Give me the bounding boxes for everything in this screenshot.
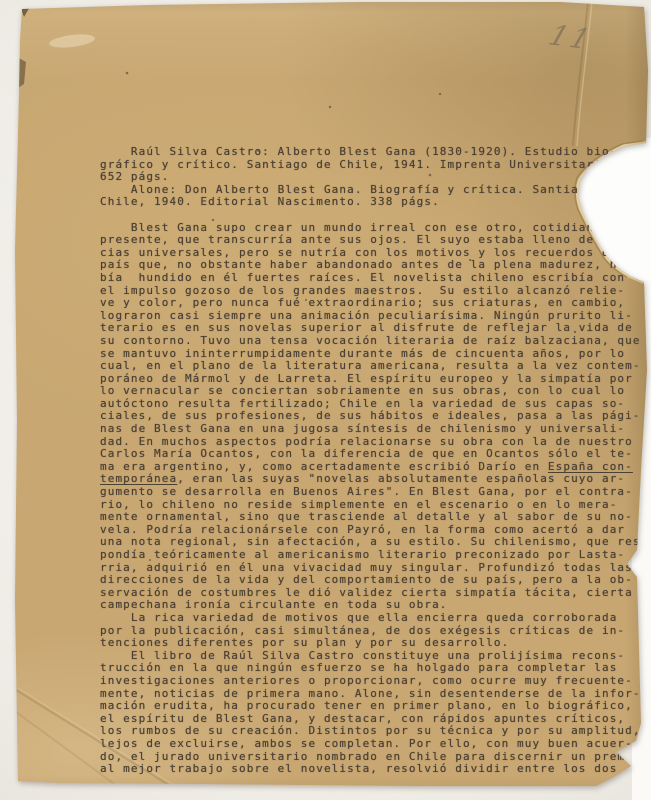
- underlined-text-run: España con-: [548, 460, 633, 473]
- text-run: lo vernacular se conciertan sobriamente …: [100, 384, 625, 397]
- text-run: gráfico y crítico. Santiago de Chile, 19…: [100, 158, 610, 171]
- text-run: poráneo de Mármol y de Larreta. El espír…: [100, 372, 633, 385]
- text-run: al mejor trabajo sobre el novelista, res…: [100, 762, 617, 775]
- text-run: pondía teóricamente al americanismo lite…: [100, 548, 625, 561]
- text-run: ma era argentino, y, como acertadamente …: [100, 460, 548, 473]
- text-run: mación erudita, ha procurado tener en pr…: [100, 699, 633, 712]
- underlined-text-run: temporánea: [100, 472, 177, 485]
- text-run: lograron casi siempre una animación pecu…: [100, 309, 633, 322]
- text-line: gráfico y crítico. Santiago de Chile, 19…: [100, 159, 651, 172]
- text-run: Blest Gana supo crear un mundo irreal co…: [100, 221, 602, 234]
- text-run: investigaciones anteriores o proporciona…: [100, 674, 633, 687]
- top-left-dark-sliver: [20, 5, 31, 17]
- text-run: presente, que transcurría ante sus ojos.…: [100, 233, 641, 246]
- text-run: su contorno. Tuvo una tensa vocación lit…: [100, 334, 641, 347]
- text-run: ciales, de sus profesiones, de sus hábit…: [100, 409, 641, 422]
- text-run: Carlos María Ocantos, con la diferencia …: [100, 447, 633, 460]
- scuff-mark: [48, 32, 95, 50]
- text-run: rria, adquirió en él una vivacidad muy s…: [100, 561, 633, 574]
- text-run: Alone: Don Alberto Blest Gana. Biografía…: [100, 183, 617, 196]
- text-run: Raúl Silva Castro: Alberto Blest Gana (1…: [100, 145, 617, 158]
- text-run: trucción en la que ningún esfuerzo se ha…: [100, 661, 617, 674]
- text-run: campechana ironía circulante en toda su …: [100, 598, 448, 611]
- text-run: nas de Blest Gana en una jugosa síntesis…: [100, 422, 625, 435]
- text-run: lejos de excluirse, ambos se completan. …: [100, 737, 633, 750]
- text-run: por la publicación, casi simultánea, de …: [100, 624, 625, 637]
- text-run: gumento se desarrolla en Buenos Aires". …: [100, 485, 633, 498]
- scanned-photo: 11 Raúl Silva Castro: Alberto Blest Gana…: [0, 0, 651, 800]
- typewritten-text: Raúl Silva Castro: Alberto Blest Gana (1…: [100, 146, 651, 776]
- text-run: rio, lo chileno no reside simplemente en…: [100, 498, 617, 511]
- text-run: los rumbos de su creación. Distintos por…: [100, 724, 641, 737]
- text-run: el espíritu de Blest Gana, y destacar, c…: [100, 712, 625, 725]
- text-run: ve y color, pero nunca fué extraordinari…: [100, 296, 625, 309]
- text-run: mente, noticias de primera mano. Alone, …: [100, 687, 641, 700]
- text-run: terario es en sus novelas superior al di…: [100, 321, 633, 334]
- text-run: , eran las suyas "novelas absolutamente …: [177, 472, 625, 485]
- text-run: se mantuvo ininterrumpidamente durante m…: [100, 347, 625, 360]
- paper-shadow-wrap: 11 Raúl Silva Castro: Alberto Blest Gana…: [0, 0, 651, 800]
- text-run: do, el jurado universitario nombrado en …: [100, 750, 641, 763]
- left-edge-nick: [15, 56, 26, 90]
- text-run: bía hundido en él fuertes raíces. El nov…: [100, 271, 625, 284]
- text-run: vela. Podría relacionársele con Payró, e…: [100, 523, 625, 536]
- text-line: Chile, 1940. Editorial Nascimento. 338 p…: [100, 196, 651, 209]
- text-run: Chile, 1940. Editorial Nascimento. 338 p…: [100, 195, 440, 208]
- text-run: La rica variedad de motivos que ella enc…: [100, 611, 617, 624]
- text-run: mente ornamental, sino que trasciende al…: [100, 510, 633, 523]
- text-run: cias universales, pero se nutría con los…: [100, 246, 625, 259]
- paper-sheet: 11 Raúl Silva Castro: Alberto Blest Gana…: [0, 0, 651, 800]
- text-run: servación de costumbres le dió validez c…: [100, 586, 633, 599]
- handwritten-page-number: 11: [545, 19, 616, 58]
- text-run: direcciones de la vida y del comportamie…: [100, 573, 633, 586]
- text-line: al mejor trabajo sobre el novelista, res…: [100, 763, 651, 776]
- text-run: tenciones diferentes por su plan y por s…: [100, 636, 509, 649]
- text-run: dad. En muchos aspectos podría relaciona…: [100, 435, 633, 448]
- text-run: autóctono resulta fertilizado; Chile en …: [100, 397, 625, 410]
- text-run: país que, no obstante haber abandonado a…: [100, 258, 633, 271]
- text-run: 652 págs.: [100, 170, 170, 183]
- text-run: cual, en el plano de la literatura ameri…: [100, 359, 641, 372]
- text-run: una nota regional, sin afectación, a su …: [100, 535, 648, 548]
- text-run: el impulso gozoso de los grandes maestro…: [100, 284, 625, 297]
- text-run: El libro de Raúl Silva Castro constituye…: [100, 649, 625, 662]
